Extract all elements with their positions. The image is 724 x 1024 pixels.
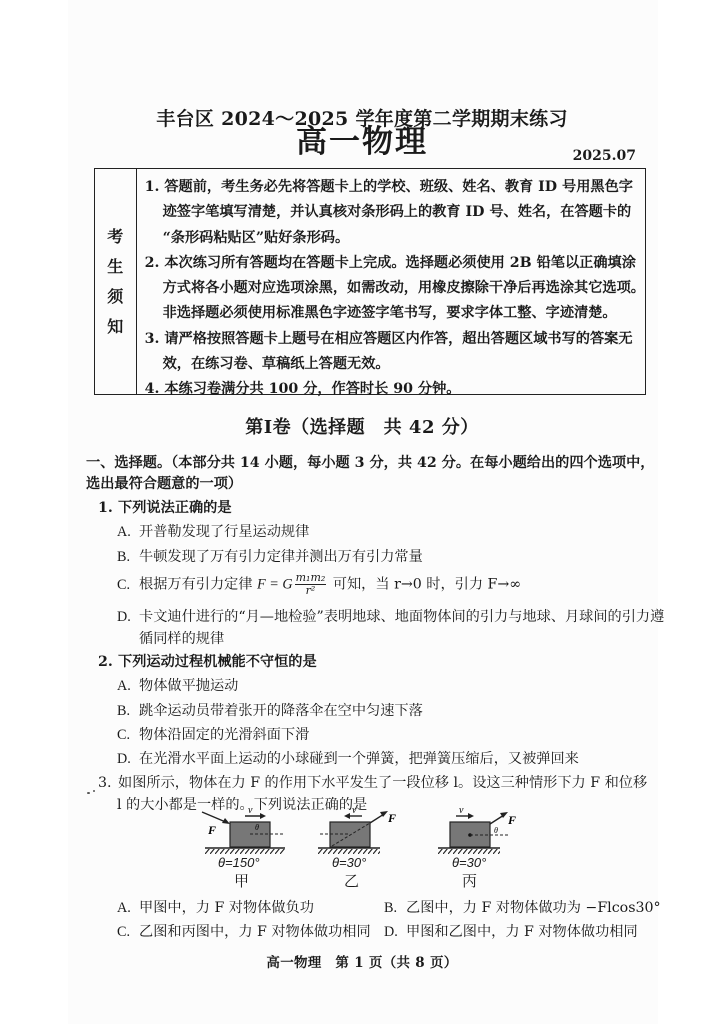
option-text: 跳伞运动员带着张开的降落伞在空中匀速下落 <box>139 703 423 719</box>
figure-yi: v F θ=30° 乙 <box>318 806 428 860</box>
svg-text:v: v <box>248 806 253 816</box>
notice-label-char: 考 <box>107 222 123 252</box>
question-2-option-c: C.物体沿固定的光滑斜面下滑 <box>117 724 309 744</box>
question-1-option-c: C.根据万有引力定律 F = Gm₁m₂r² 可知，当 r→0 时，引力 F→∞ <box>117 572 521 597</box>
option-letter: D. <box>384 924 406 941</box>
question-3-option-d: D.甲图和乙图中，力 F 对物体做功相同 <box>384 921 638 941</box>
notice-line: 效，在练习卷、草稿纸上答题无效。 <box>145 352 645 377</box>
option-letter: C. <box>117 577 139 594</box>
figure-angle-caption: θ=30° <box>332 855 366 870</box>
figure-bing: v F θ θ=30° 丙 <box>438 806 548 860</box>
option-letter: D. <box>117 751 139 768</box>
block-diagram-icon: v F <box>318 806 428 856</box>
figure-angle-caption: θ=30° <box>452 855 486 870</box>
option-letter: A. <box>117 900 139 917</box>
notice-label-char: 须 <box>107 282 123 312</box>
option-text: 乙图和丙图中，力 F 对物体做功相同 <box>139 924 371 940</box>
notice-label-char: 生 <box>107 252 123 282</box>
section-instruction: 一、选择题。（本部分共 14 小题，每小题 3 分，共 42 分。在每小题给出的… <box>86 452 654 472</box>
option-text: 可知，当 r→0 时，引力 F→∞ <box>328 577 521 593</box>
question-3-option-c: C.乙图和丙图中，力 F 对物体做功相同 <box>117 921 371 941</box>
option-text: 甲图中，力 F 对物体做负功 <box>139 900 314 916</box>
notice-line: “条形码粘贴区”贴好条形码。 <box>145 226 645 251</box>
scan-speck <box>87 792 90 794</box>
figure-label: 丙 <box>462 870 477 891</box>
exam-date: 2025.07 <box>573 148 636 164</box>
option-text: 乙图中，力 F 对物体做功为 −Flcos30° <box>406 900 661 916</box>
question-1-option-d: D.卡文迪什进行的“月—地检验”表明地球、地面物体间的引力与地球、月球间的引力遵 <box>117 606 664 626</box>
option-letter: A. <box>117 524 139 541</box>
question-2-option-d: D.在光滑水平面上运动的小球碰到一个弹簧，把弹簧压缩后，又被弹回来 <box>117 748 579 768</box>
svg-text:θ: θ <box>255 823 259 832</box>
question-1-option-d-cont: 循同样的规律 <box>139 628 224 648</box>
notice-label-char: 知 <box>107 312 123 342</box>
figure-label: 甲 <box>234 870 249 891</box>
page-footer: 高一物理 第 1 页（共 8 页） <box>0 951 724 971</box>
question-text: 下列说法正确的是 <box>118 500 232 516</box>
block-diagram-icon: v F θ <box>438 806 548 856</box>
section-instruction: 选出最符合题意的一项） <box>86 473 242 493</box>
section-title: 第Ⅰ卷（选择题 共 42 分） <box>0 413 724 439</box>
notice-body: 1. 答题前，考生务必先将答题卡上的学校、班级、姓名、教育 ID 号用黑色字 迹… <box>137 169 645 394</box>
candidate-notice-table: 考 生 须 知 1. 答题前，考生务必先将答题卡上的学校、班级、姓名、教育 ID… <box>94 168 646 395</box>
notice-line: 1. 答题前，考生务必先将答题卡上的学校、班级、姓名、教育 ID 号用黑色字 <box>145 175 645 200</box>
question-1-stem: 1.下列说法正确的是 <box>98 497 232 517</box>
svg-text:F: F <box>507 813 516 827</box>
notice-line: 2. 本次练习所有答题均在答题卡上完成。选择题必须使用 2B 铅笔以正确填涂 <box>145 251 645 276</box>
option-text: 物体沿固定的光滑斜面下滑 <box>139 727 309 743</box>
option-letter: B. <box>117 703 139 720</box>
notice-line: 迹签字笔填写清楚，并认真核对条形码上的教育 ID 号、姓名，在答题卡的 <box>145 200 645 225</box>
notice-line: 3. 请严格按照答题卡上题号在相应答题区内作答，超出答题区域书写的答案无 <box>145 327 645 352</box>
question-text: 下列运动过程机械能不守恒的是 <box>118 654 317 670</box>
question-1-option-a: A.开普勒发现了行星运动规律 <box>117 521 309 541</box>
block-diagram-icon: v F θ <box>200 806 310 856</box>
scan-speck <box>93 790 95 792</box>
question-number: 1. <box>98 500 118 516</box>
option-text: 在光滑水平面上运动的小球碰到一个弹簧，把弹簧压缩后，又被弹回来 <box>139 751 579 767</box>
option-letter: B. <box>384 900 406 917</box>
option-text: 开普勒发现了行星运动规律 <box>139 524 309 540</box>
formula: F = G <box>257 577 293 593</box>
notice-label: 考 生 须 知 <box>95 169 137 394</box>
option-text: 物体做平抛运动 <box>139 678 238 694</box>
option-text: 牛顿发现了万有引力定律并测出万有引力常量 <box>139 549 423 565</box>
option-text: 根据万有引力定律 <box>139 577 257 593</box>
fraction-denominator: r² <box>295 585 327 597</box>
question-number: 3. <box>98 775 118 791</box>
option-text: 卡文迪什进行的“月—地检验”表明地球、地面物体间的引力与地球、月球间的引力遵 <box>139 609 664 625</box>
notice-line: 非选择题必须使用标准黑色字迹签字笔书写，要求字体工整、字迹清楚。 <box>145 301 645 326</box>
question-2-option-a: A.物体做平抛运动 <box>117 675 238 695</box>
figure-label: 乙 <box>344 870 359 891</box>
formula-fraction: m₁m₂r² <box>295 572 327 597</box>
question-text: 如图所示，物体在力 F 的作用下水平发生了一段位移 l。设这三种情形下力 F 和… <box>118 775 647 791</box>
svg-text:v: v <box>352 806 357 816</box>
svg-text:θ: θ <box>494 826 498 835</box>
option-letter: B. <box>117 549 139 566</box>
option-letter: C. <box>117 727 139 744</box>
question-3-stem: 3.如图所示，物体在力 F 的作用下水平发生了一段位移 l。设这三种情形下力 F… <box>98 772 647 792</box>
option-letter: A. <box>117 678 139 695</box>
question-2-option-b: B.跳伞运动员带着张开的降落伞在空中匀速下落 <box>117 700 423 720</box>
question-2-stem: 2.下列运动过程机械能不守恒的是 <box>98 651 317 671</box>
notice-line: 方式将各小题对应选项涂黑，如需改动，用橡皮擦除干净后再选涂其它选项。 <box>145 276 645 301</box>
option-letter: C. <box>117 924 139 941</box>
figure-jia: v F θ θ=150° 甲 <box>200 806 310 860</box>
question-3-option-b: B.乙图中，力 F 对物体做功为 −Flcos30° <box>384 897 661 917</box>
option-letter: D. <box>117 609 139 626</box>
svg-text:v: v <box>459 806 464 816</box>
svg-text:F: F <box>207 823 216 837</box>
question-1-option-b: B.牛顿发现了万有引力定律并测出万有引力常量 <box>117 546 423 566</box>
figure-angle-caption: θ=150° <box>218 855 260 870</box>
question-3-option-a: A.甲图中，力 F 对物体做负功 <box>117 897 314 917</box>
notice-line: 4. 本练习卷满分共 100 分，作答时长 90 分钟。 <box>145 377 645 402</box>
question-number: 2. <box>98 654 118 670</box>
svg-text:F: F <box>387 811 396 825</box>
option-text: 甲图和乙图中，力 F 对物体做功相同 <box>406 924 638 940</box>
